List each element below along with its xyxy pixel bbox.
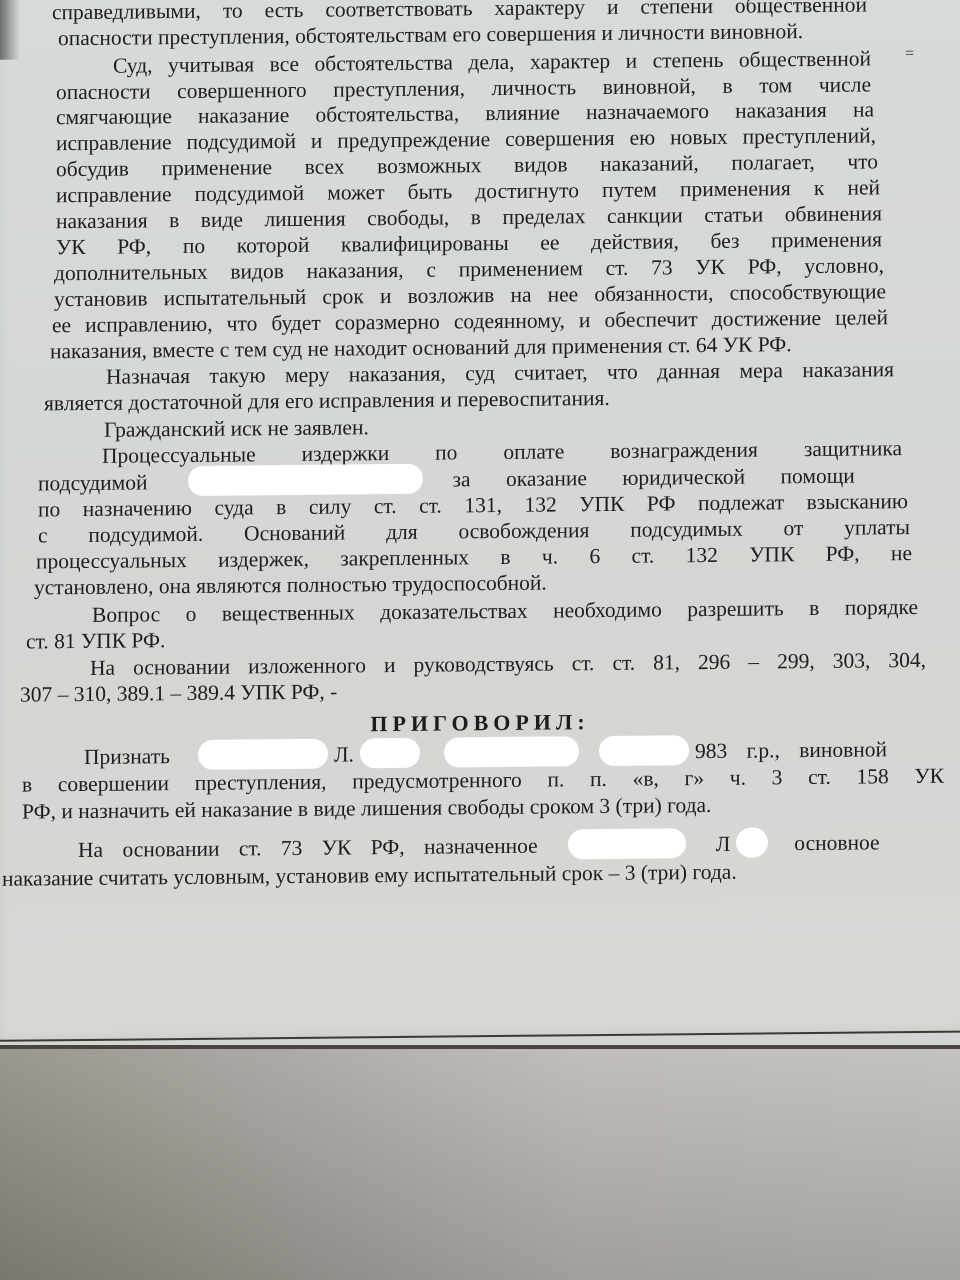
redacted-surname <box>198 739 328 770</box>
text-line: установлено, она являются полностью труд… <box>34 569 634 601</box>
verdict-heading: ПРИГОВОРИЛ: <box>0 706 960 741</box>
text-fragment: основное <box>794 830 879 855</box>
text-fragment: Признать <box>84 744 170 769</box>
text-line: ст. 81 УПК РФ. <box>26 627 226 655</box>
page-edge-shadow <box>0 0 20 60</box>
text-fragment: Л <box>716 832 731 856</box>
paragraph-start: Гражданский иск не заявлен. <box>104 413 504 443</box>
redacted-initials <box>736 827 768 857</box>
text-line: 307 – 310, 389.1 – 389.4 УПК РФ, - <box>20 678 420 708</box>
text-fragment: Л. <box>334 742 354 766</box>
redacted-name <box>188 464 423 496</box>
text-fragment: На основании ст. 73 УК РФ, назначенное <box>78 834 538 862</box>
redacted-name <box>360 738 420 769</box>
text-fragment: 983 г.р., виновной <box>695 737 887 763</box>
redacted-patronymic <box>444 736 579 767</box>
document-text: справедливыми, то есть соответствовать х… <box>0 0 960 900</box>
text-fragment: за оказание юридической помощи <box>453 464 855 492</box>
redacted-surname <box>568 828 686 859</box>
text-line: является достаточной для его исправления… <box>44 384 744 417</box>
document-page: справедливыми, то есть соответствовать х… <box>0 0 960 1042</box>
redacted-birthdate <box>599 735 689 766</box>
paragraph-start: Вопрос о вещественных доказательствах не… <box>92 594 918 628</box>
text-fragment: подсудимой <box>38 470 148 495</box>
table-surface <box>0 1040 960 1280</box>
margin-mark: = <box>905 45 914 63</box>
